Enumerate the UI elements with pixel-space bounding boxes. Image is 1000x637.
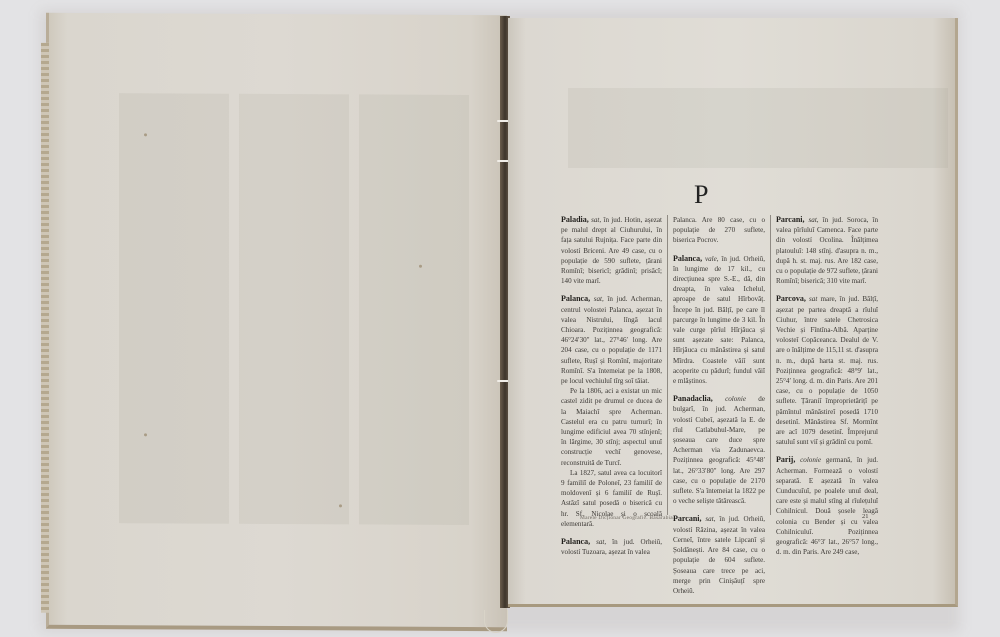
entry-kind: sat (809, 295, 817, 303)
entry-panadaclia: Panadaclia, colonie de bulgarĭ, în jud. … (673, 394, 765, 506)
entry-kind: sat, (809, 216, 819, 224)
entry-palanca-orhei: Palanca, sat, în jud. Orheiŭ, volostí Tu… (561, 537, 662, 557)
entry-kind: colonie (725, 395, 746, 403)
footer-imprint: Marele Dicționar Geografic. Basarabia. (580, 515, 675, 521)
column-1: Paladia, sat, în jud. Hotin, așezat pe m… (561, 215, 667, 515)
binding-thread-loop (484, 610, 508, 633)
entry-parcani-soroca: Parcani, sat, în jud. Soroca, în valea p… (776, 215, 878, 286)
entry-paladia: Paladia, sat, în jud. Hotin, așezat pe m… (561, 215, 662, 286)
entry-text: în jud. Acherman, centrul volostei Palan… (561, 295, 662, 385)
entry-kind: vale, (705, 255, 719, 263)
entry-continuation: Palanca. Are 80 case, cu o populație de … (673, 215, 765, 246)
entry-text: în jud. Soroca, în valea pîrîuluĭ Camenc… (776, 216, 878, 285)
show-through-column (239, 94, 349, 525)
show-through-text (568, 88, 948, 168)
entry-paragraph: Pe la 1806, aci a existat un mic castel … (561, 386, 662, 468)
entry-palanca-vale: Palanca, vale, în jud. Orheiŭ, în lungim… (673, 254, 765, 387)
entry-text: în jud. Orheiŭ, în lungime de 17 kil., c… (673, 255, 765, 385)
dictionary-columns: Paladia, sat, în jud. Hotin, așezat pe m… (561, 215, 951, 515)
entry-headword: Parcani, (673, 514, 702, 523)
entry-text: de bulgarĭ, în jud. Acherman, volostí Cu… (673, 395, 765, 505)
entry-headword: Paladia, (561, 215, 589, 224)
column-2: Palanca. Are 80 case, cu o populație de … (667, 215, 770, 515)
entry-text: mare, în jud. Bălțĭ, așezat pe partea dr… (776, 295, 878, 446)
entry-headword: Palanca, (561, 294, 590, 303)
left-page-edges (41, 43, 49, 613)
left-page (46, 13, 507, 631)
entry-text: în jud. Hotin, așezat pe malul drept al … (561, 216, 662, 285)
entry-kind: sat, (594, 295, 604, 303)
entry-text: germană, în jud. Acherman. Formează o vo… (776, 456, 878, 556)
foxing-spot (144, 133, 147, 136)
section-letter: P (694, 180, 708, 210)
entry-text: în jud. Orheiŭ, volostí Răzina, așezat î… (673, 515, 765, 594)
entry-headword: Palanca, (673, 254, 702, 263)
entry-kind: colonie (800, 456, 821, 464)
entry-parcani-orhei: Parcani, sat, în jud. Orheiŭ, volostí Ră… (673, 514, 765, 596)
entry-text: Palanca. Are 80 case, cu o populație de … (673, 216, 765, 244)
column-3: Parcani, sat, în jud. Soroca, în valea p… (770, 215, 883, 515)
entry-parcova: Parcova, sat mare, în jud. Bălțĭ, așezat… (776, 294, 878, 447)
page-number: 21 (862, 513, 869, 520)
foxing-spot (419, 265, 422, 268)
show-through-column (359, 94, 469, 525)
entry-palanca-acherman: Palanca, sat, în jud. Acherman, centrul … (561, 294, 662, 529)
entry-headword: Parij, (776, 455, 795, 464)
foxing-spot (339, 504, 342, 507)
entry-kind: sat, (591, 216, 601, 224)
entry-headword: Parcani, (776, 215, 805, 224)
foxing-spot (144, 433, 147, 436)
entry-headword: Palanca, (561, 537, 590, 546)
entry-kind: sat, (596, 538, 606, 546)
entry-kind: sat, (705, 515, 715, 523)
entry-headword: Parcova, (776, 294, 806, 303)
show-through-column (119, 93, 229, 524)
entry-parij: Parij, colonie germană, în jud. Acherman… (776, 455, 878, 557)
entry-headword: Panadaclia, (673, 394, 713, 403)
